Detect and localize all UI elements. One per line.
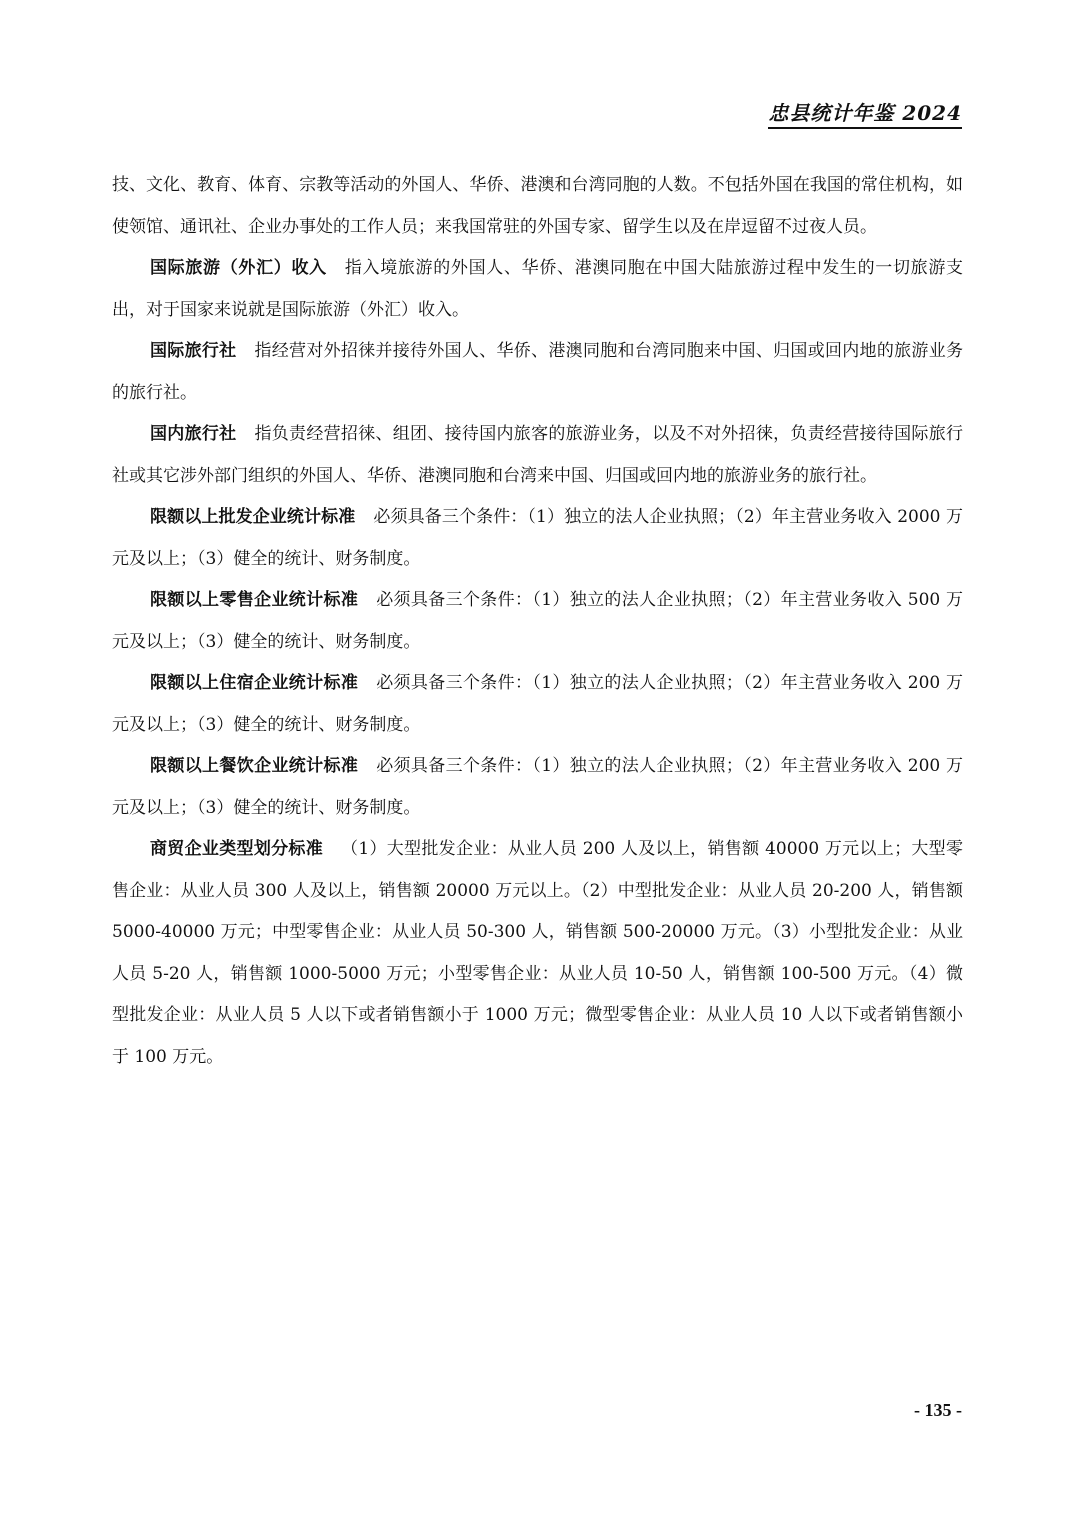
paragraph-retail-standard: 限额以上零售企业统计标准必须具备三个条件：（1）独立的法人企业执照；（2）年主营…	[112, 580, 963, 663]
paragraph-catering-standard: 限额以上餐饮企业统计标准必须具备三个条件：（1）独立的法人企业执照；（2）年主营…	[112, 746, 963, 829]
definition-term: 商贸企业类型划分标准	[150, 839, 323, 859]
definition-term: 限额以上餐饮企业统计标准	[150, 756, 358, 776]
definition-term: 国际旅游（外汇）收入	[150, 258, 327, 278]
definition-term: 国际旅行社	[150, 341, 236, 361]
definition-term: 限额以上批发企业统计标准	[150, 507, 355, 527]
paragraph-wholesale-standard: 限额以上批发企业统计标准必须具备三个条件：（1）独立的法人企业执照；（2）年主营…	[112, 497, 963, 580]
paragraph-text: 技、文化、教育、体育、宗教等活动的外国人、华侨、港澳和台湾同胞的人数。不包括外国…	[112, 175, 963, 237]
definition-term: 限额以上住宿企业统计标准	[150, 673, 358, 693]
paragraph-domestic-travel-agency: 国内旅行社指负责经营招徕、组团、接待国内旅客的旅游业务，以及不对外招徕，负责经营…	[112, 414, 963, 497]
paragraph-enterprise-size-standard: 商贸企业类型划分标准（1）大型批发企业：从业人员 200 人及以上，销售额 40…	[112, 829, 963, 1078]
paragraph-accommodation-standard: 限额以上住宿企业统计标准必须具备三个条件：（1）独立的法人企业执照；（2）年主营…	[112, 663, 963, 746]
paragraph-international-travel-agency: 国际旅行社指经营对外招徕并接待外国人、华侨、港澳同胞和台湾同胞来中国、归国或回内…	[112, 331, 963, 414]
definition-term: 国内旅行社	[150, 424, 236, 444]
definition-term: 限额以上零售企业统计标准	[150, 590, 358, 610]
paragraph-international-tourism-income: 国际旅游（外汇）收入指入境旅游的外国人、华侨、港澳同胞在中国大陆旅游过程中发生的…	[112, 248, 963, 331]
body-text: 技、文化、教育、体育、宗教等活动的外国人、华侨、港澳和台湾同胞的人数。不包括外国…	[112, 165, 963, 1078]
page-number: - 135 -	[914, 1400, 962, 1421]
definition-text: 指负责经营招徕、组团、接待国内旅客的旅游业务，以及不对外招徕，负责经营接待国际旅…	[112, 424, 963, 486]
running-header-title: 忠县统计年鉴 2024	[768, 100, 962, 129]
definition-text: 指经营对外招徕并接待外国人、华侨、港澳同胞和台湾同胞来中国、归国或回内地的旅游业…	[112, 341, 963, 403]
paragraph-continuation: 技、文化、教育、体育、宗教等活动的外国人、华侨、港澳和台湾同胞的人数。不包括外国…	[112, 165, 963, 248]
definition-text: （1）大型批发企业：从业人员 200 人及以上，销售额 40000 万元以上；大…	[112, 839, 963, 1067]
